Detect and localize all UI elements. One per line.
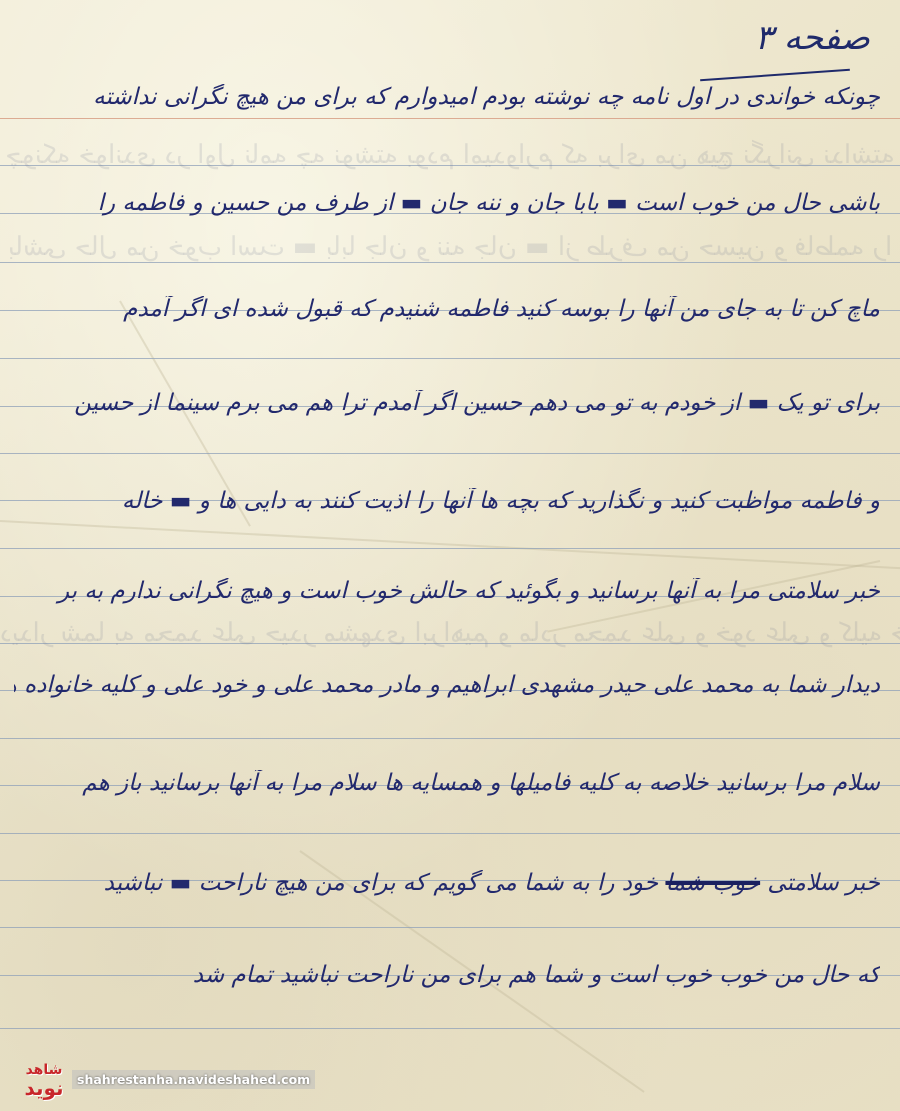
letter-line-8: سلام مرا برسانید خلاصه به کلیه فامیلها و… [14,770,880,796]
letter-line-2: باشی حال من خوب است ▬ بابا جان و ننه جان… [14,190,880,216]
page-label: صفحه ۳ [755,18,870,58]
ruled-line [0,548,900,549]
ruled-line [0,118,900,119]
letter-line-5: و فاطمه مواظبت کنید و نگذارید که بچه ها … [14,488,880,514]
watermark-url: shahrestanha.navideshahed.com [72,1070,315,1089]
letter-line-9: خبر سلامتی خوب شما خود را به شما می گویم… [14,870,880,896]
heading-underline [700,69,850,81]
ruled-line [0,1028,900,1029]
ruled-line [0,453,900,454]
ruled-line [0,358,900,359]
ruled-line [0,738,900,739]
letter-line-10: که حال من خوب خوب است و شما هم برای من ن… [14,962,880,988]
bleed-through-text: چونکه خواندی در اول نامه چه نوشته بودم ا… [0,140,900,170]
line-9-start: خبر سلامتی [767,870,880,896]
line-9-rest: خود را به شما می گویم که برای من هیچ نار… [104,870,659,896]
ruled-line [0,833,900,834]
letter-paper: چونکه خواندی در اول نامه چه نوشته بودم ا… [0,0,900,1111]
letter-line-6: خبر سلامتی مرا به آنها برسانید و بگوئید … [14,578,880,604]
paper-crease [0,520,900,570]
bleed-through-text: باشی حال من خوب است ▬ بابا جان و ننه جان… [0,232,900,262]
page-number-heading: صفحه ۳ [700,18,870,58]
site-watermark: شاهد نوید shahrestanha.navideshahed.com [14,1060,315,1098]
letter-line-4: برای تو یک ▬ از خودم به تو می دهم حسین ا… [14,390,880,416]
ruled-line [0,262,900,263]
struck-through-word: خوب شما [665,870,760,896]
navideshahed-logo: شاهد نوید [14,1059,74,1099]
letter-line-7: دیدار شما به محمد علی حیدر مشهدی ابراهیم… [14,672,880,698]
letter-line-3: ماچ کن تا به جای من آنها را بوسه کنید فا… [14,296,880,322]
letter-line-1: چونکه خواندی در اول نامه چه نوشته بودم ا… [14,84,880,110]
ruled-line [0,927,900,928]
bleed-through-text: دیدار شما به محمد علی حیدر مشهدی ابراهیم… [0,618,900,648]
